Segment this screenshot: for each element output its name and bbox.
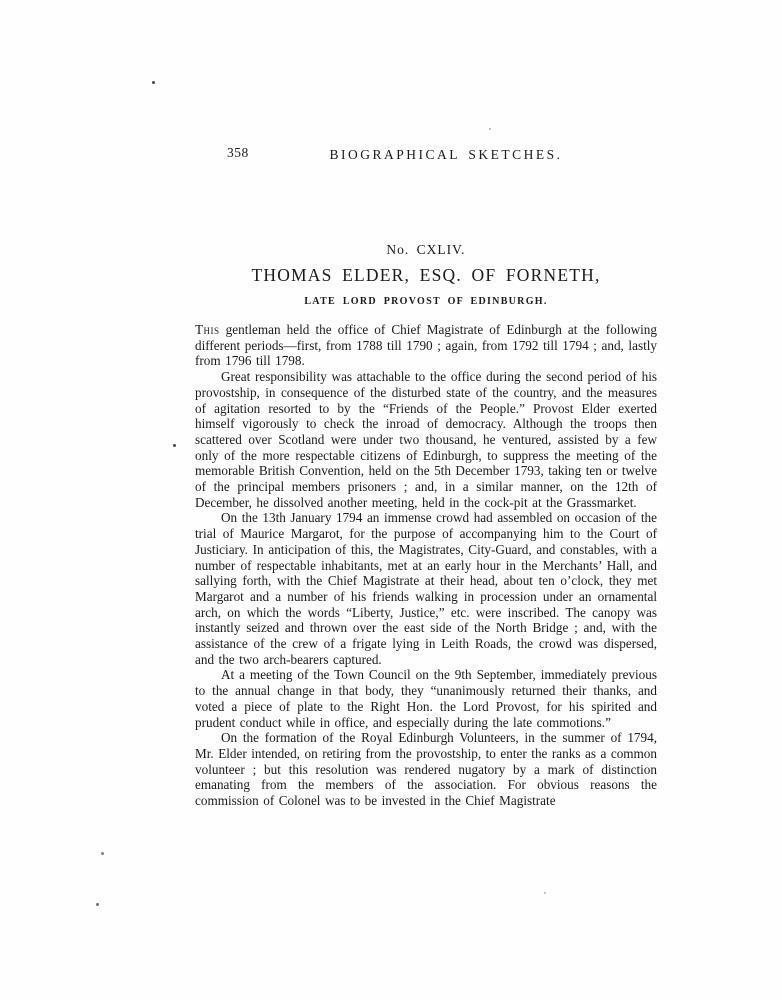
scanned-page: 358 BIOGRAPHICAL SKETCHES. No. CXLIV. TH…: [0, 0, 782, 1000]
scan-speck: [173, 444, 176, 447]
running-title: BIOGRAPHICAL SKETCHES.: [235, 147, 657, 163]
running-header: 358 BIOGRAPHICAL SKETCHES.: [195, 145, 657, 161]
scan-speck: [101, 852, 104, 855]
scan-speck: [544, 892, 546, 894]
lead-word: This: [195, 322, 220, 337]
paragraph-5: On the formation of the Royal Edinburgh …: [195, 730, 657, 809]
article-title: THOMAS ELDER, ESQ. OF FORNETH,: [195, 265, 657, 286]
article-body: This gentleman held the office of Chief …: [195, 322, 657, 809]
article-subtitle: LATE LORD PROVOST OF EDINBURGH.: [195, 295, 657, 308]
paragraph-4: At a meeting of the Town Council on the …: [195, 667, 657, 730]
scan-speck: [489, 128, 491, 130]
scan-speck: [152, 81, 155, 84]
article-number: No. CXLIV.: [195, 242, 657, 258]
paragraph-2: Great responsibility was attachable to t…: [195, 369, 657, 510]
paragraph-3: On the 13th January 1794 an immense crow…: [195, 510, 657, 667]
paragraph-1-text: gentleman held the office of Chief Magis…: [195, 322, 657, 368]
scan-speck: [96, 903, 99, 906]
page-content: 358 BIOGRAPHICAL SKETCHES. No. CXLIV. TH…: [195, 145, 657, 809]
paragraph-1: This gentleman held the office of Chief …: [195, 322, 657, 369]
